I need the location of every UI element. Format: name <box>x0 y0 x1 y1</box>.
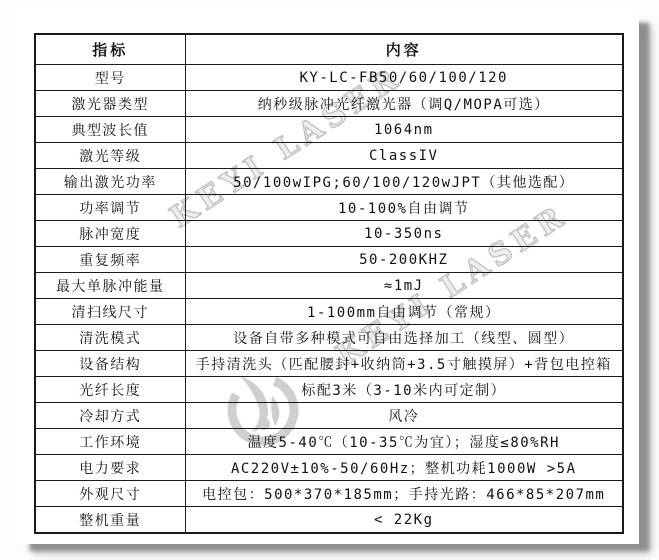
spec-value: 1-100mm自由调节（常规） <box>185 299 623 325</box>
spec-label: 典型波长值 <box>35 117 185 143</box>
spec-value: 设备自带多种模式可自由选择加工（线型、圆型） <box>185 325 623 351</box>
spec-label: 最大单脉冲能量 <box>35 273 185 299</box>
table-row: 型号 KY-LC-FB50/60/100/120 <box>35 65 623 91</box>
spec-value: ClassIV <box>185 143 623 169</box>
table-row: 清扫线尺寸 1-100mm自由调节（常规） <box>35 299 623 325</box>
spec-label: 整机重量 <box>35 507 185 534</box>
spec-value: 风冷 <box>185 403 623 429</box>
spec-value: AC220V±10%-50/60Hz；整机功耗1000W >5A <box>185 455 623 481</box>
table-row: 外观尺寸 电控包：500*370*185mm；手持光路：466*85*207mm <box>35 481 623 507</box>
spec-label: 激光等级 <box>35 143 185 169</box>
spec-value: 50/100wIPG;60/100/120wJPT（其他选配） <box>185 169 623 195</box>
spec-label: 输出激光功率 <box>35 169 185 195</box>
spec-label: 外观尺寸 <box>35 481 185 507</box>
spec-label: 光纤长度 <box>35 377 185 403</box>
spec-value: 10-350ns <box>185 221 623 247</box>
spec-label: 冷却方式 <box>35 403 185 429</box>
table-row: 激光等级 ClassIV <box>35 143 623 169</box>
table-row: 典型波长值 1064nm <box>35 117 623 143</box>
spec-label: 电力要求 <box>35 455 185 481</box>
spec-label: 脉冲宽度 <box>35 221 185 247</box>
table-row: 重复频率 50-200KHZ <box>35 247 623 273</box>
table-row: 功率调节 10-100%自由调节 <box>35 195 623 221</box>
spec-table: 指标 内容 型号 KY-LC-FB50/60/100/120 激光器类型 纳秒级… <box>34 33 624 534</box>
spec-value: 纳秒级脉冲光纤激光器（调Q/MOPA可选） <box>185 91 623 117</box>
table-row: 清洗模式 设备自带多种模式可自由选择加工（线型、圆型） <box>35 325 623 351</box>
spec-label: 型号 <box>35 65 185 91</box>
spec-value: ≈1mJ <box>185 273 623 299</box>
spec-value: 手持清洗头（匹配腰封+收纳筒+3.5寸触摸屏）+背包电控箱 <box>185 351 623 377</box>
table-row: 光纤长度 标配3米（3-10米内可定制） <box>35 377 623 403</box>
spec-value: 10-100%自由调节 <box>185 195 623 221</box>
header-row: 指标 内容 <box>35 34 623 65</box>
spec-value: 1064nm <box>185 117 623 143</box>
spec-label: 功率调节 <box>35 195 185 221</box>
spec-value: 电控包：500*370*185mm；手持光路：466*85*207mm <box>185 481 623 507</box>
table-row: 最大单脉冲能量 ≈1mJ <box>35 273 623 299</box>
table-row: 整机重量 < 22Kg <box>35 507 623 534</box>
spec-label: 设备结构 <box>35 351 185 377</box>
spec-label: 激光器类型 <box>35 91 185 117</box>
spec-label: 清洗模式 <box>35 325 185 351</box>
spec-value: 标配3米（3-10米内可定制） <box>185 377 623 403</box>
table-row: 冷却方式 风冷 <box>35 403 623 429</box>
table-row: 输出激光功率 50/100wIPG;60/100/120wJPT（其他选配） <box>35 169 623 195</box>
table-row: 脉冲宽度 10-350ns <box>35 221 623 247</box>
spec-value: < 22Kg <box>185 507 623 534</box>
spec-value: 温度5-40℃（10-35℃为宜）；湿度≤80%RH <box>185 429 623 455</box>
table-row: 电力要求 AC220V±10%-50/60Hz；整机功耗1000W >5A <box>35 455 623 481</box>
table-row: 激光器类型 纳秒级脉冲光纤激光器（调Q/MOPA可选） <box>35 91 623 117</box>
spec-value: 50-200KHZ <box>185 247 623 273</box>
header-indicator: 指标 <box>35 34 185 65</box>
spec-table-container: 指标 内容 型号 KY-LC-FB50/60/100/120 激光器类型 纳秒级… <box>34 33 624 534</box>
spec-label: 重复频率 <box>35 247 185 273</box>
table-row: 设备结构 手持清洗头（匹配腰封+收纳筒+3.5寸触摸屏）+背包电控箱 <box>35 351 623 377</box>
spec-value: KY-LC-FB50/60/100/120 <box>185 65 623 91</box>
spec-label: 清扫线尺寸 <box>35 299 185 325</box>
table-row: 工作环境 温度5-40℃（10-35℃为宜）；湿度≤80%RH <box>35 429 623 455</box>
spec-label: 工作环境 <box>35 429 185 455</box>
header-content: 内容 <box>185 34 623 65</box>
